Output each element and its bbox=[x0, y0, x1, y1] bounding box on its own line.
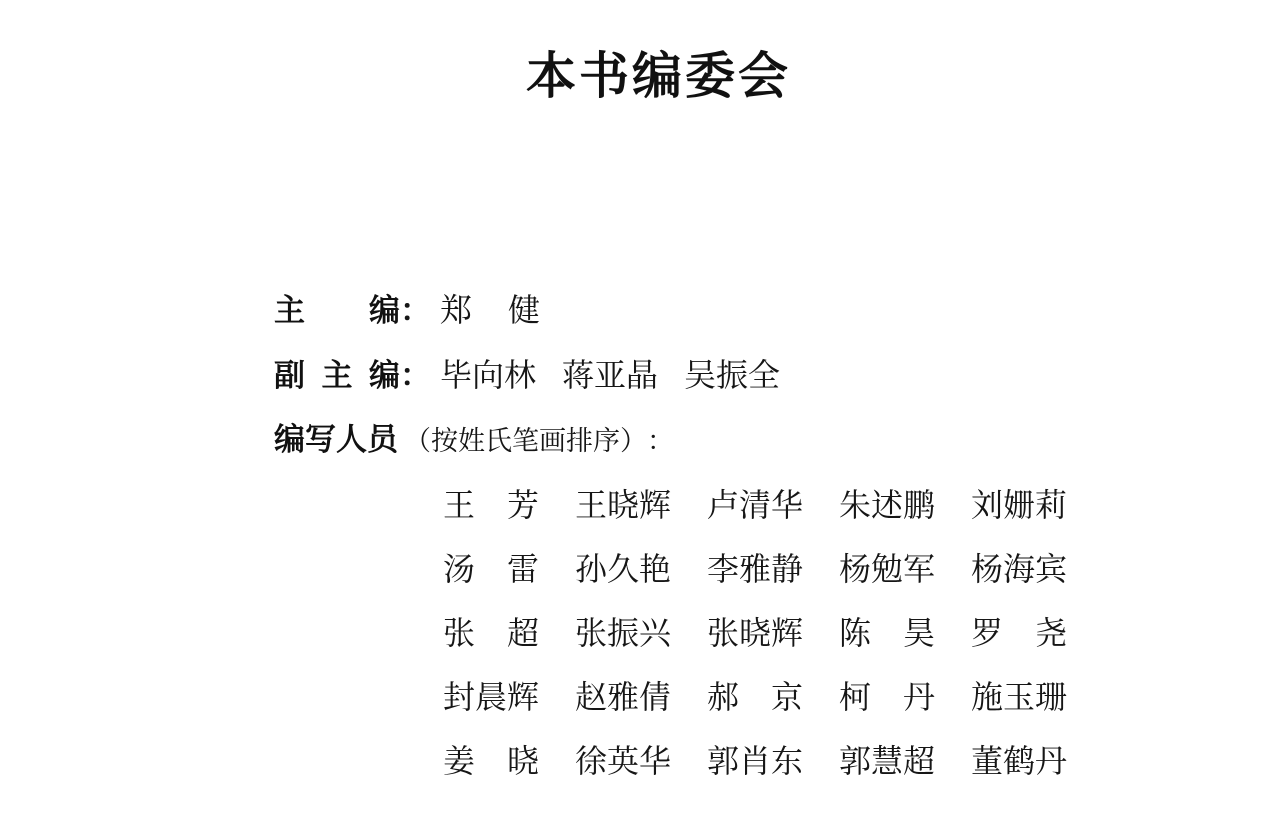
roster-name: 孙久艳 bbox=[575, 549, 671, 589]
roster-row: 姜晓徐英华郭肖东郭慧超董鹤丹 bbox=[443, 741, 1067, 781]
roster-name: 张晓辉 bbox=[707, 613, 803, 653]
roster-name: 杨海宾 bbox=[971, 549, 1067, 589]
roster-name: 朱述鹏 bbox=[839, 485, 935, 525]
roster-row: 王芳王晓辉卢清华朱述鹏刘姗莉 bbox=[443, 485, 1067, 525]
roster-row: 汤雷孙久艳李雅静杨勉军杨海宾 bbox=[443, 549, 1067, 589]
roster-row: 张超张振兴张晓辉陈昊罗尧 bbox=[443, 613, 1067, 653]
writers-colon: ： bbox=[647, 421, 674, 461]
roster-name: 郭肖东 bbox=[707, 741, 803, 781]
roster-name: 柯丹 bbox=[839, 677, 935, 717]
deputy-editor-name: 吴振全 bbox=[684, 355, 780, 395]
roster-name: 张振兴 bbox=[575, 613, 671, 653]
deputy-editor-label: 副主编 bbox=[274, 356, 400, 396]
deputy-editor-name: 毕向林 bbox=[440, 355, 536, 395]
page-title: 本书编委会 bbox=[526, 48, 791, 104]
roster-name: 赵雅倩 bbox=[575, 677, 671, 717]
chief-editor-name: 郑健 bbox=[440, 290, 540, 330]
title-block: 本书编委会 bbox=[18, 36, 1281, 108]
roster-name: 施玉珊 bbox=[971, 677, 1067, 717]
writers-label: 编写人员 bbox=[274, 420, 398, 460]
roster-name: 杨勉军 bbox=[839, 549, 935, 589]
roster-name: 张超 bbox=[443, 613, 539, 653]
roster-name: 郭慧超 bbox=[839, 741, 935, 781]
deputy-editor-name: 蒋亚晶 bbox=[562, 355, 658, 395]
writers-roster: 王芳王晓辉卢清华朱述鹏刘姗莉 汤雷孙久艳李雅静杨勉军杨海宾 张超张振兴张晓辉陈昊… bbox=[443, 485, 1067, 805]
editorial-block: 主编： 郑健 副主编： 毕向林 蒋亚晶 吴振全 编写人员（按姓氏笔画排序）： bbox=[274, 290, 806, 485]
chief-editor-line: 主编： 郑健 bbox=[274, 290, 806, 330]
roster-name: 王晓辉 bbox=[575, 485, 671, 525]
roster-name: 徐英华 bbox=[575, 741, 671, 781]
writers-sort-note: （按姓氏笔画排序） bbox=[404, 421, 647, 461]
roster-name: 刘姗莉 bbox=[971, 485, 1067, 525]
roster-row: 封晨辉赵雅倩郝京柯丹施玉珊 bbox=[443, 677, 1067, 717]
roster-name: 郝京 bbox=[707, 677, 803, 717]
deputy-editor-line: 副主编： 毕向林 蒋亚晶 吴振全 bbox=[274, 355, 806, 395]
roster-name: 汤雷 bbox=[443, 549, 539, 589]
deputy-editor-colon: ： bbox=[400, 356, 432, 396]
roster-name: 董鹤丹 bbox=[971, 741, 1067, 781]
roster-name: 王芳 bbox=[443, 485, 539, 525]
chief-editor-names: 郑健 bbox=[440, 290, 540, 330]
roster-name: 李雅静 bbox=[707, 549, 803, 589]
roster-name: 封晨辉 bbox=[443, 677, 539, 717]
roster-name: 卢清华 bbox=[707, 485, 803, 525]
roster-name: 罗尧 bbox=[971, 613, 1067, 653]
writers-line: 编写人员（按姓氏笔画排序）： bbox=[274, 420, 806, 460]
deputy-editor-names: 毕向林 蒋亚晶 吴振全 bbox=[440, 355, 806, 395]
roster-name: 姜晓 bbox=[443, 741, 539, 781]
chief-editor-colon: ： bbox=[400, 291, 432, 331]
roster-name: 陈昊 bbox=[839, 613, 935, 653]
document-page: 本书编委会 主编： 郑健 副主编： 毕向林 蒋亚晶 吴振全 编写人员（按姓氏笔画… bbox=[0, 0, 1281, 819]
chief-editor-label: 主编 bbox=[274, 291, 400, 331]
